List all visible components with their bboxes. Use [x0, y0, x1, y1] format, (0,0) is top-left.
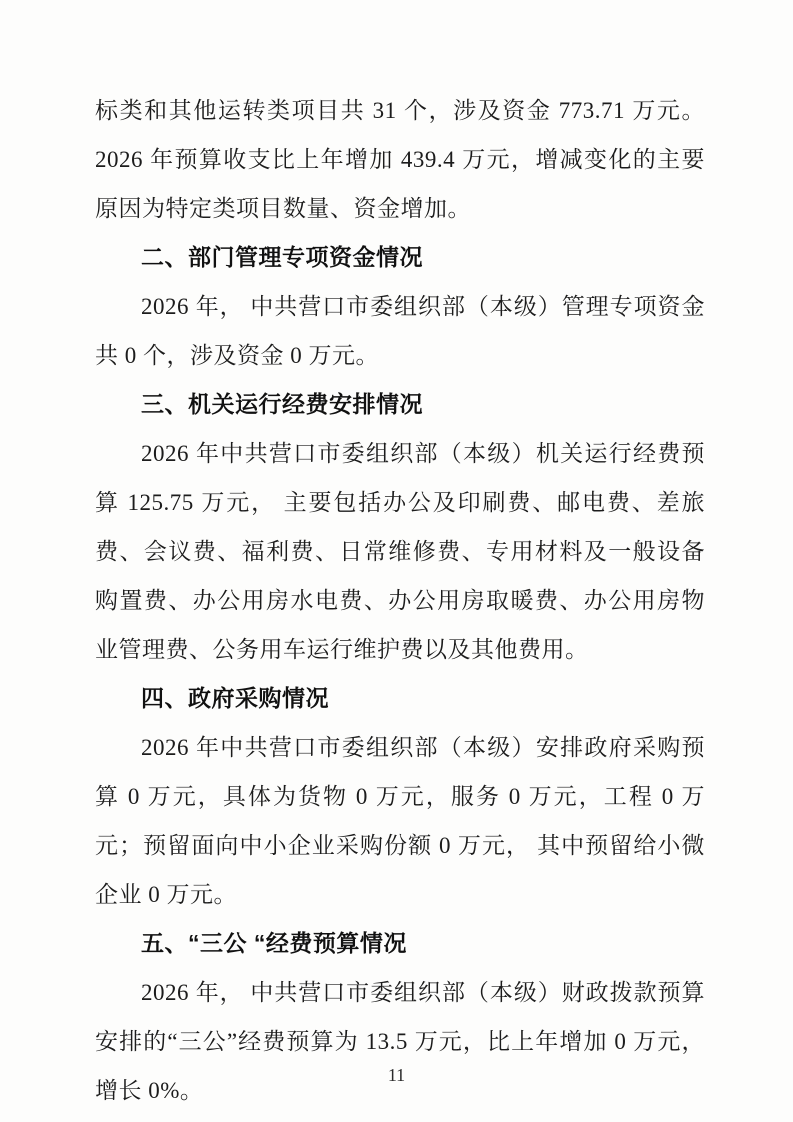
intro-paragraph: 标类和其他运转类项目共 31 个，涉及资金 773.71 万元。2026 年预算… [95, 86, 705, 233]
section-heading-operating-expenses: 三、机关运行经费安排情况 [95, 380, 705, 429]
section-paragraph-three-public-expenses: 2026 年， 中共营口市委组织部（本级）财政拨款预算安排的“三公”经费预算为 … [95, 968, 705, 1115]
section-paragraph-operating-expenses: 2026 年中共营口市委组织部（本级）机关运行经费预算 125.75 万元， 主… [95, 429, 705, 674]
document-content: 标类和其他运转类项目共 31 个，涉及资金 773.71 万元。2026 年预算… [95, 86, 705, 1115]
section-paragraph-dept-managed-funds: 2026 年， 中共营口市委组织部（本级）管理专项资金共 0 个，涉及资金 0 … [95, 282, 705, 380]
page-number: 11 [0, 1064, 793, 1086]
document-page: 标类和其他运转类项目共 31 个，涉及资金 773.71 万元。2026 年预算… [0, 0, 793, 1122]
section-paragraph-government-procurement: 2026 年中共营口市委组织部（本级）安排政府采购预算 0 万元，具体为货物 0… [95, 723, 705, 919]
section-heading-government-procurement: 四、政府采购情况 [95, 674, 705, 723]
section-heading-dept-managed-funds: 二、部门管理专项资金情况 [95, 233, 705, 282]
section-heading-three-public-expenses: 五、“三公 “经费预算情况 [95, 919, 705, 968]
